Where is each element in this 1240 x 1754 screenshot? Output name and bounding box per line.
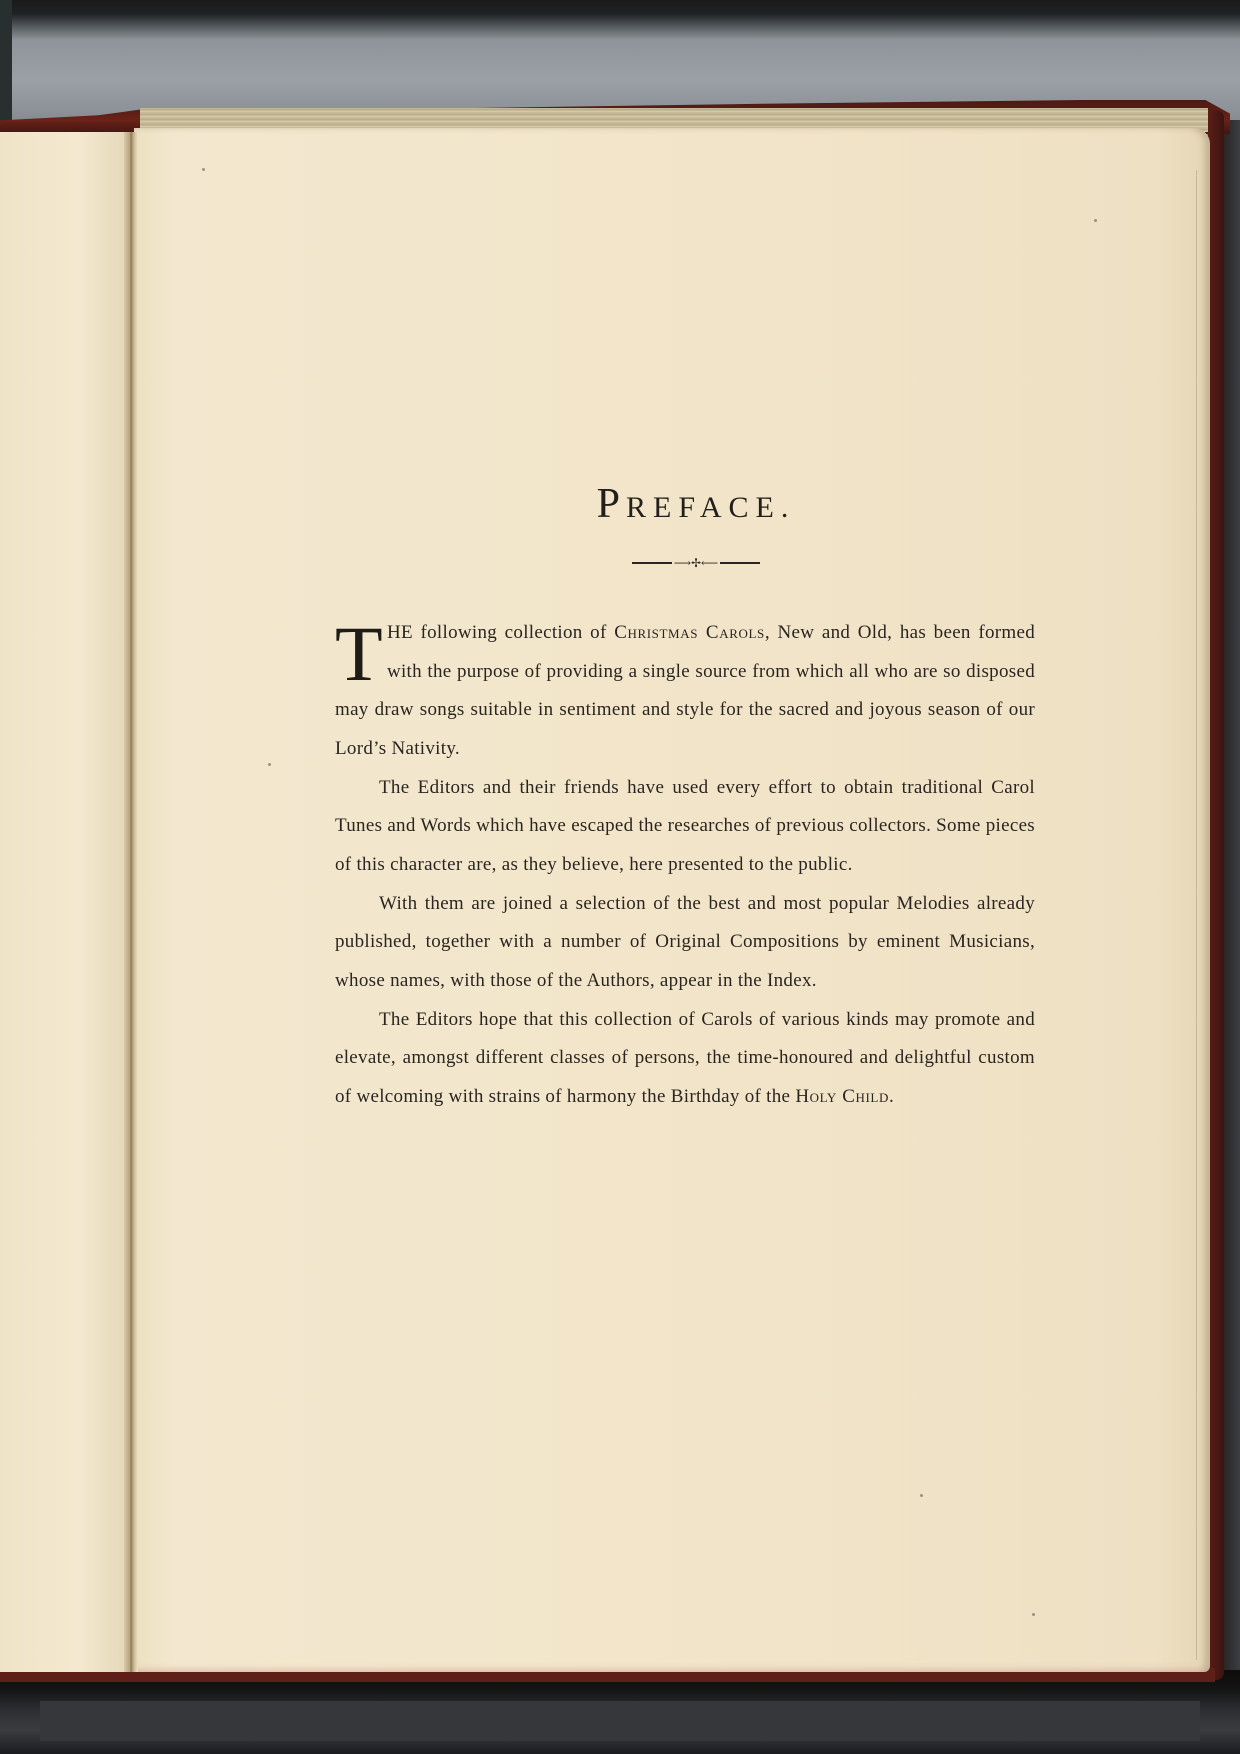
paragraph-2: The Editors and their friends have used … — [335, 769, 1035, 885]
paper-speck — [268, 763, 271, 766]
ornament-rule-left — [632, 562, 672, 564]
paragraph-4: The Editors hope that this collection of… — [335, 1001, 1035, 1117]
preface-body: THE following collection of Christmas Ca… — [335, 614, 1035, 1116]
paragraph-text: The Editors hope that this collection of… — [335, 1009, 1035, 1107]
preface-content: PREFACE. ⟶✢⟵ THE following collection of… — [335, 480, 1035, 1117]
paragraph-3: With them are joined a selection of the … — [335, 885, 1035, 1001]
title-ornament: ⟶✢⟵ — [357, 556, 1035, 570]
paragraph-text: HE following collection of — [387, 622, 614, 643]
scanner-bed — [40, 1700, 1200, 1741]
left-page — [0, 132, 130, 1672]
book-gutter — [124, 132, 138, 1672]
ornament-rule-right — [720, 562, 760, 564]
title-rest: REFACE. — [626, 491, 795, 524]
paragraph-1: THE following collection of Christmas Ca… — [335, 614, 1035, 768]
paper-speck — [920, 1494, 923, 1497]
title-initial: P — [597, 481, 626, 527]
drop-cap: T — [335, 616, 387, 684]
small-caps-text: Holy Child — [795, 1086, 889, 1107]
paper-speck — [1094, 219, 1097, 222]
paragraph-text: . — [889, 1086, 894, 1107]
fleuron-icon: ⟶✢⟵ — [672, 557, 720, 569]
page-fold-line — [1196, 170, 1197, 1660]
page-title: PREFACE. — [335, 480, 1035, 528]
book-cover-right-edge — [1208, 110, 1224, 1680]
paper-speck — [202, 168, 205, 171]
paper-speck — [1032, 1613, 1035, 1616]
small-caps-text: Christmas Carols — [614, 622, 765, 643]
